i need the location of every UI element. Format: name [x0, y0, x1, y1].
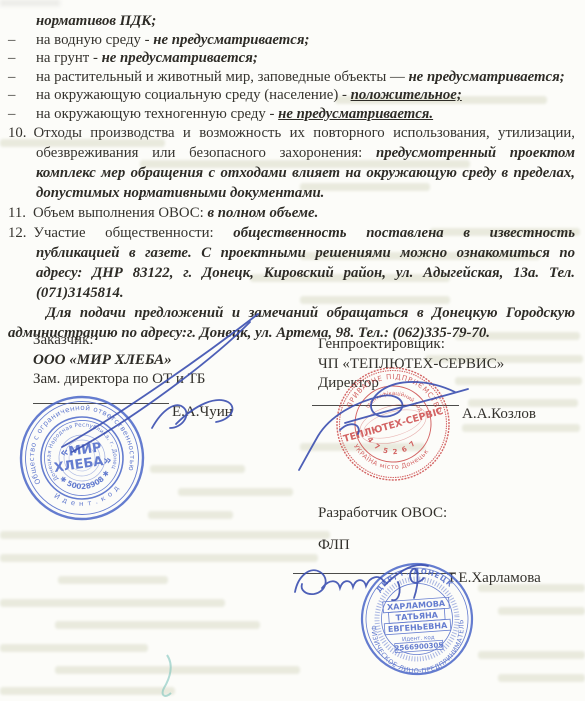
document-text: нормативов ПДК;–на водную среду - не пре…: [8, 12, 575, 343]
list-marker: 10.: [8, 125, 34, 141]
developer-role-label: Разработчик ОВОС:: [318, 505, 447, 522]
mir-khleba-company-stamp: Общество с ограниченной ответственностью…: [7, 383, 157, 533]
svg-text:Общество с ограниченной ответс: Общество с ограниченной ответственностью: [20, 396, 140, 487]
text-segment: на растительный и животный мир, заповедн…: [36, 69, 408, 85]
list-marker: 12.: [8, 225, 34, 241]
ghost-text-line: [55, 666, 300, 674]
stamp-ring-text: Общество с ограниченной ответственностью: [20, 396, 140, 487]
ghost-text-line: [462, 424, 580, 432]
ghost-text-line: [58, 576, 168, 584]
text-line: 10.Отходы производства и возможность их …: [8, 123, 575, 203]
customer-role-label: Заказчик:: [33, 331, 205, 351]
kharlamova-entrepreneur-stamp: ДНР, Г. ДОНЕЦК ФИЗИЧЕСКОЕ ЛИЦО-ПРЕДПРИНИ…: [355, 557, 479, 681]
svg-text:Ідентифікаційний код: Ідентифікаційний код: [365, 389, 425, 414]
text-line: 11.Объем выполнения ОВОС: в полном объем…: [8, 203, 575, 223]
list-marker: –: [8, 86, 15, 105]
teplotex-company-stamp: ПРИВАТНЕ ПІДПРИЄМСТВО УКРАЇНА місто Доне…: [328, 359, 458, 489]
customer-signer-name: Е.А.Чуин: [172, 404, 233, 421]
ghost-text-line: [0, 554, 318, 562]
ghost-text-line: [498, 607, 585, 615]
text-segment: Объем выполнения ОВОС:: [33, 205, 208, 221]
list-marker: –: [8, 31, 15, 50]
ghost-text-line: [150, 465, 245, 473]
text-line: –на окружающую техногенную среду - не пр…: [8, 105, 575, 124]
scan-smudge: [0, 0, 60, 6]
list-marker: –: [8, 49, 15, 68]
ghost-text-line: [498, 674, 585, 682]
text-segment: не предусматривается;: [153, 32, 309, 48]
text-segment: положительное;: [351, 87, 462, 103]
ghost-text-line: [178, 488, 293, 496]
customer-company-name: ООО «МИР ХЛЕБА»: [33, 351, 205, 371]
text-line: 12.Участие общественности: общественност…: [8, 223, 575, 303]
scanned-document-page: нормативов ПДК;–на водную среду - не пре…: [0, 0, 585, 701]
text-line: нормативов ПДК;: [8, 12, 575, 31]
text-segment: на окружающую социальную среду (населени…: [36, 87, 351, 103]
designer-signer-name: А.А.Козлов: [462, 406, 536, 423]
ghost-text-line: [55, 621, 260, 629]
text-segment: в полном объеме.: [207, 205, 318, 221]
text-line: –на окружающую социальную среду (населен…: [8, 86, 575, 105]
text-segment: Участие общественности:: [34, 225, 234, 241]
text-line: –на грунт - не предусматривается;: [8, 49, 575, 68]
text-segment: не предусматривается;: [102, 50, 258, 66]
text-segment: на окружающую техногенную среду -: [36, 106, 278, 122]
list-marker: 11.: [8, 205, 33, 221]
ghost-text-line: [0, 644, 148, 652]
text-segment: не предусматривается.: [278, 106, 433, 122]
designer-role-label: Генпроектировщик:: [318, 335, 504, 355]
developer-company-name: ФЛП: [318, 537, 350, 554]
text-segment: на водную среду -: [36, 32, 153, 48]
list-marker: –: [8, 105, 15, 124]
ghost-text-line: [148, 511, 233, 519]
text-line: –на растительный и животный мир, заповед…: [8, 68, 575, 87]
stamp-ring-text: Ідентифікаційний код: [365, 389, 425, 414]
list-marker: –: [8, 68, 15, 87]
customer-block: Заказчик: ООО «МИР ХЛЕБА» Зам. директора…: [33, 331, 205, 390]
ghost-text-line: [0, 687, 175, 695]
text-segment: нормативов ПДК;: [36, 13, 156, 29]
text-segment: на грунт -: [36, 50, 102, 66]
ghost-text-line: [0, 599, 225, 607]
text-segment: не предусматривается;: [408, 69, 564, 85]
ghost-text-line: [478, 651, 585, 659]
text-line: –на водную среду - не предусматривается;: [8, 31, 575, 50]
